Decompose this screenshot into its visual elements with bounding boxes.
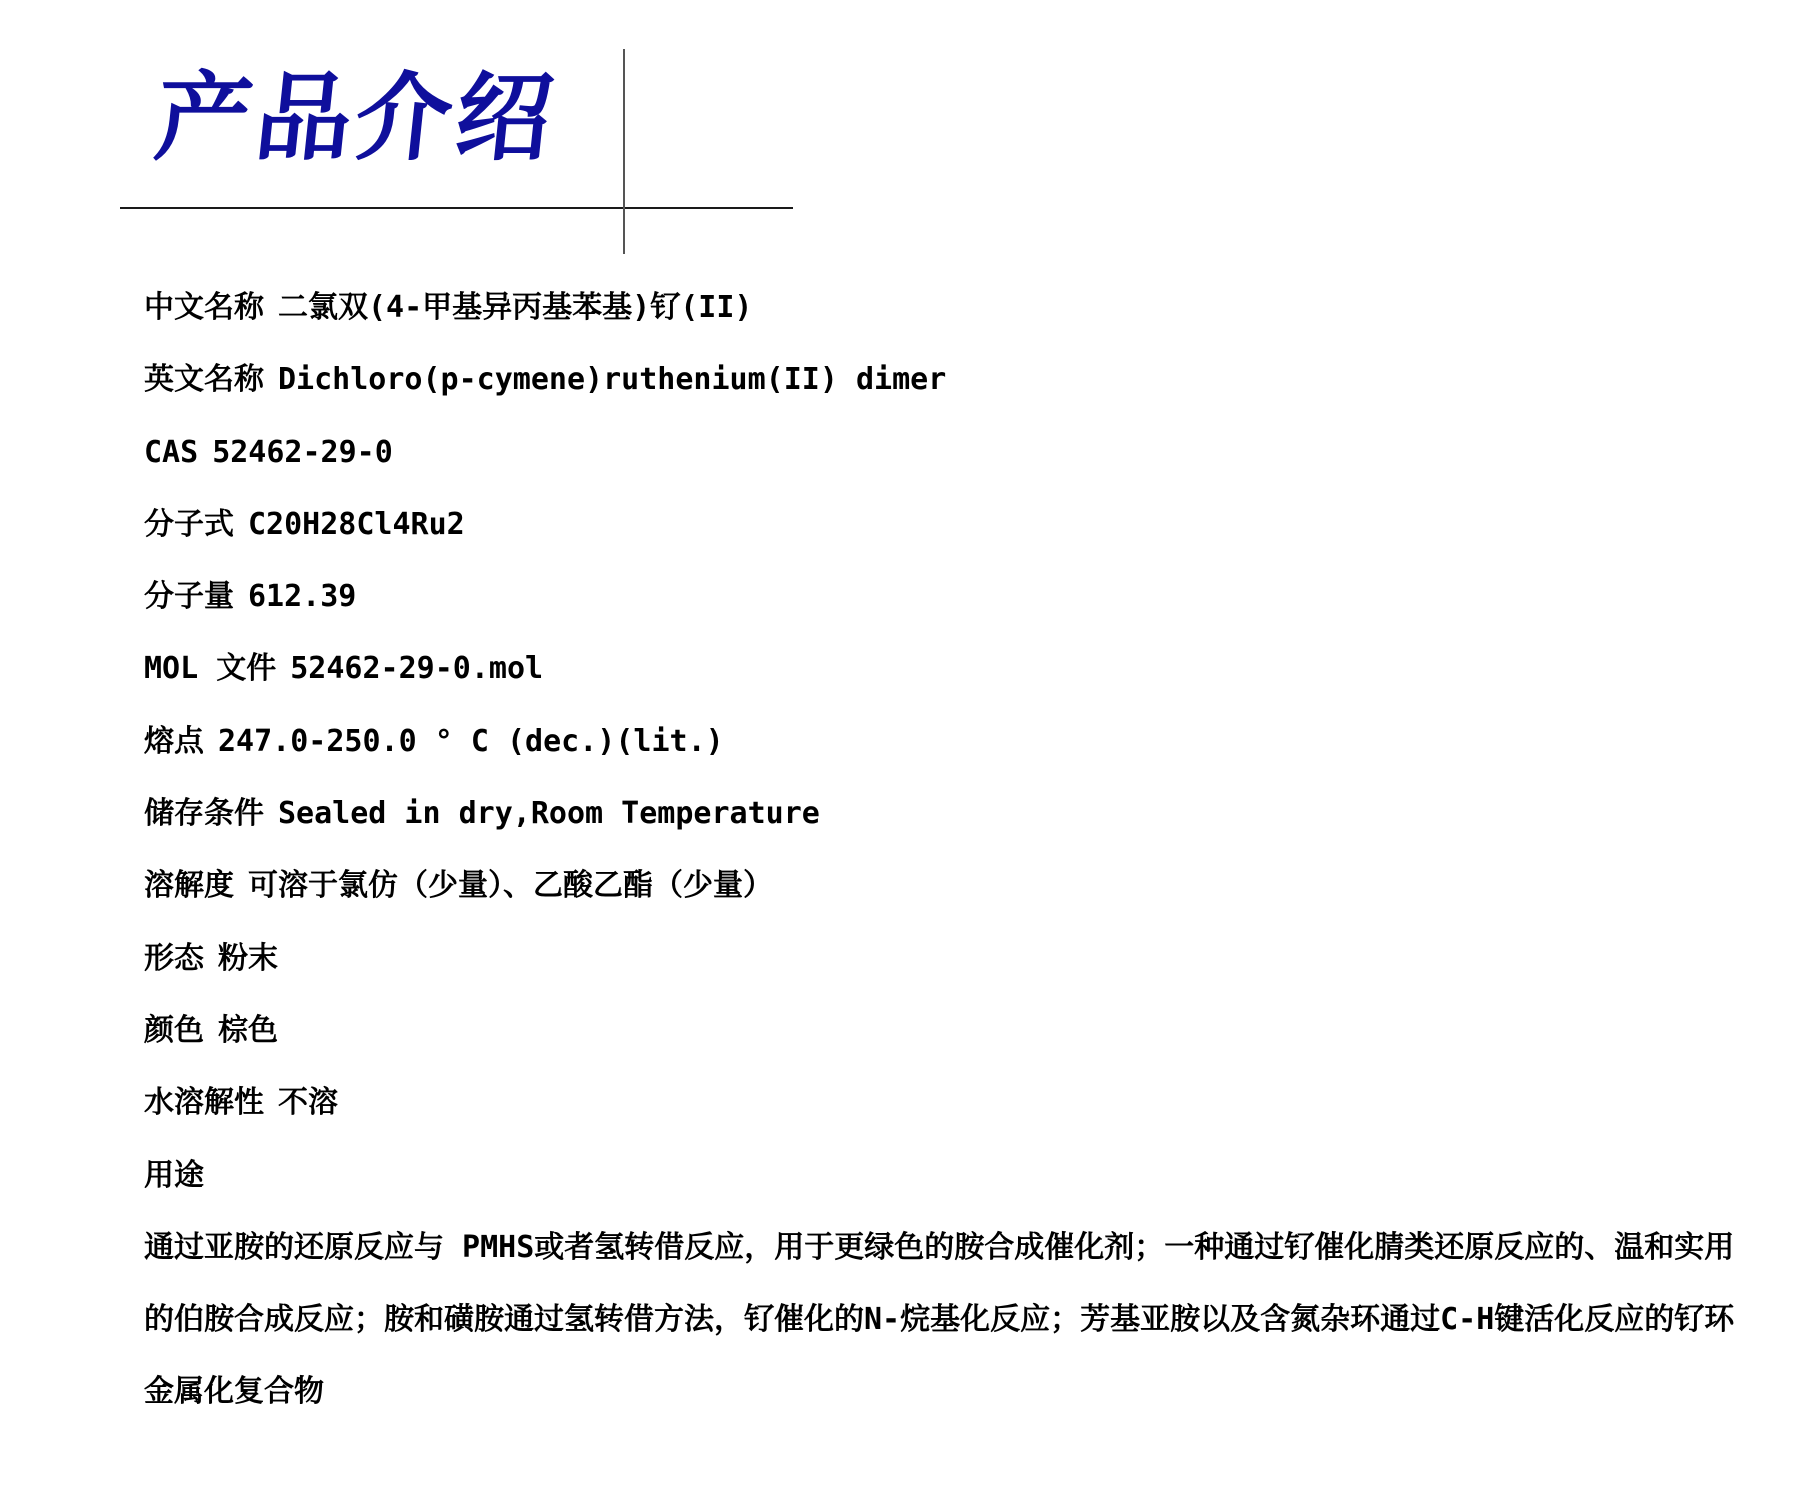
property-mol-file: MOL 文件52462-29-0.mol — [144, 651, 1764, 723]
property-label: 颜色 — [144, 1013, 204, 1048]
vertical-divider — [623, 49, 625, 254]
property-label: 分子量 — [144, 579, 234, 614]
property-value: 可溶于氯仿（少量）、乙酸乙酯（少量） — [248, 868, 773, 903]
page-title: 产品介绍 — [150, 58, 563, 178]
property-value: Sealed in dry,Room Temperature — [278, 796, 820, 831]
property-value: 247.0-250.0 ° C (dec.)(lit.) — [218, 724, 724, 759]
property-chinese-name: 中文名称二氯双(4-甲基异丙基苯基)钌(II) — [144, 290, 1764, 362]
property-label: 储存条件 — [144, 796, 264, 831]
property-formula: 分子式C20H28Cl4Ru2 — [144, 507, 1764, 579]
property-value: 52462-29-0.mol — [290, 651, 543, 686]
usage-description: 通过亚胺的还原反应与 PMHS或者氢转借反应，用于更绿色的胺合成催化剂；一种通过… — [144, 1212, 1754, 1429]
property-label: 水溶解性 — [144, 1085, 264, 1120]
horizontal-divider — [120, 207, 793, 209]
property-value: 粉末 — [218, 941, 278, 976]
property-label: MOL 文件 — [144, 651, 276, 686]
property-melting-point: 熔点247.0-250.0 ° C (dec.)(lit.) — [144, 724, 1764, 796]
property-value: C20H28Cl4Ru2 — [248, 507, 465, 542]
property-storage: 储存条件Sealed in dry,Room Temperature — [144, 796, 1764, 868]
property-label: 英文名称 — [144, 362, 264, 397]
property-value: 棕色 — [218, 1013, 278, 1048]
property-value: 52462-29-0 — [212, 435, 393, 470]
property-label: CAS — [144, 435, 198, 470]
property-value: 不溶 — [278, 1085, 338, 1120]
property-cas: CAS52462-29-0 — [144, 435, 1764, 507]
property-label: 熔点 — [144, 724, 204, 759]
property-form: 形态粉末 — [144, 941, 1764, 1013]
property-solubility: 溶解度可溶于氯仿（少量）、乙酸乙酯（少量） — [144, 868, 1764, 940]
header: 产品介绍 — [0, 0, 1800, 270]
property-label: 形态 — [144, 941, 204, 976]
property-value: 二氯双(4-甲基异丙基苯基)钌(II) — [278, 290, 753, 325]
product-properties: 中文名称二氯双(4-甲基异丙基苯基)钌(II) 英文名称Dichloro(p-c… — [144, 290, 1764, 1429]
property-label: 分子式 — [144, 507, 234, 542]
property-value: Dichloro(p-cymene)ruthenium(II) dimer — [278, 362, 946, 397]
usage-label: 用途 — [144, 1158, 204, 1193]
property-english-name: 英文名称Dichloro(p-cymene)ruthenium(II) dime… — [144, 362, 1764, 434]
property-water-solubility: 水溶解性不溶 — [144, 1085, 1764, 1157]
property-color: 颜色棕色 — [144, 1013, 1764, 1085]
property-value: 612.39 — [248, 579, 356, 614]
property-label: 中文名称 — [144, 290, 264, 325]
property-molecular-weight: 分子量612.39 — [144, 579, 1764, 651]
property-label: 溶解度 — [144, 868, 234, 903]
